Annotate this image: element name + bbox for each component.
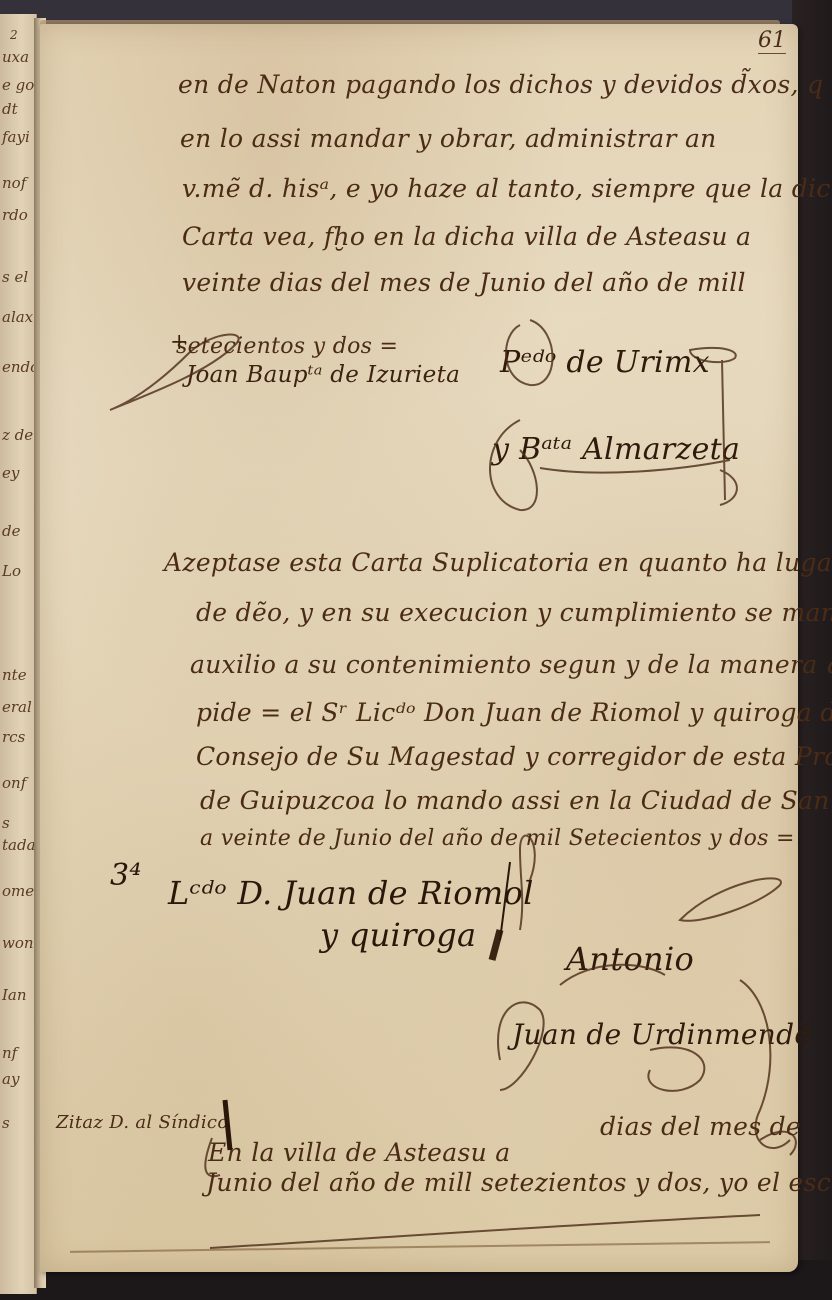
text-line: Azeptase esta Carta Suplicatoria en quan…: [164, 548, 832, 577]
left-fragment: dt: [2, 100, 18, 118]
left-fragment: omes: [2, 882, 37, 900]
left-fragment: 2: [10, 28, 18, 42]
text-line: En la villa de Asteasu a: [208, 1138, 510, 1167]
signature-izurieta: Joan Baupᵗᵃ de Izurieta: [186, 362, 460, 388]
folio-number: 61: [758, 28, 786, 54]
signature-urdinmende: Juan de Urdinmendé: [512, 1018, 811, 1051]
margin-note-number: 3⁴: [110, 858, 142, 893]
signature-quiroga: y quiroga: [320, 916, 476, 954]
left-fragment: ey: [2, 464, 19, 482]
left-fragment: alax: [2, 308, 33, 326]
left-fragment: fayi: [2, 128, 30, 146]
left-fragment: nte: [2, 666, 27, 684]
text-line: veinte dias del mes de Junio del año de …: [182, 268, 746, 297]
cross-mark: +: [170, 330, 189, 355]
signature-almarzeta: y Bᵃᵗᵃ Almarzeta: [492, 432, 740, 467]
left-fragment: z de: [2, 426, 33, 444]
left-facing-page: 2 uxa e gou dt fayi nof rdo s el alax en…: [0, 14, 37, 1294]
margin-note-sindico: Zitaz D. al Síndico: [56, 1112, 228, 1133]
text-line: dias del mes de: [600, 1112, 801, 1141]
left-fragment: uxa: [2, 48, 29, 66]
text-line: en lo assi mandar y obrar, administrar a…: [180, 124, 717, 153]
text-line: de Guipuzcoa lo mando assi en la Ciudad …: [200, 786, 832, 815]
signature-riomol: Lᶜᵈᵒ D. Juan de Riomol: [168, 874, 534, 912]
text-line: de dẽo, y en su execucion y cumplimiento…: [196, 598, 832, 627]
left-fragment: nof: [2, 174, 26, 192]
left-fragment: de: [2, 522, 20, 540]
left-fragment: Lo: [2, 562, 21, 580]
left-fragment: s: [2, 814, 10, 832]
left-fragment: nf: [2, 1044, 17, 1062]
left-fragment: ay: [2, 1070, 19, 1088]
left-fragment: rcs: [2, 728, 25, 746]
signature-antonio: Antonio: [566, 940, 694, 978]
text-line: en de Naton pagando los dichos y devidos…: [178, 70, 823, 99]
text-line: v.mẽ d. hisᵃ, e yo haze al tanto, siempr…: [182, 174, 832, 203]
left-fragment: onf: [2, 774, 26, 792]
text-line: Carta vea, fḫo en la dicha villa de Aste…: [182, 222, 751, 251]
text-line: pide = el Sʳ Licᵈᵒ Don Juan de Riomol y …: [196, 698, 832, 727]
left-fragment: Ian: [2, 986, 27, 1004]
text-line: Consejo de Su Magestad y corregidor de e…: [196, 742, 832, 771]
left-fragment: endo: [2, 358, 37, 376]
text-line: setecientos y dos =: [176, 334, 398, 359]
left-fragment: eral: [2, 698, 32, 716]
left-fragment: s el: [2, 268, 28, 286]
left-fragment: rdo: [2, 206, 28, 224]
left-fragment: won: [2, 934, 34, 952]
left-fragment: e gou: [2, 76, 37, 94]
text-line: Junio del año de mill setezientos y dos,…: [206, 1168, 832, 1197]
text-line: a veinte de Junio del año de mil Setecie…: [200, 826, 795, 851]
left-fragment: s: [2, 1114, 10, 1132]
text-line: auxilio a su contenimiento segun y de la…: [190, 650, 832, 679]
signature-pedro: Pᵉᵈᵒ de Urimx: [500, 345, 710, 380]
manuscript-page: [40, 24, 798, 1272]
left-fragment: tada: [2, 836, 36, 854]
